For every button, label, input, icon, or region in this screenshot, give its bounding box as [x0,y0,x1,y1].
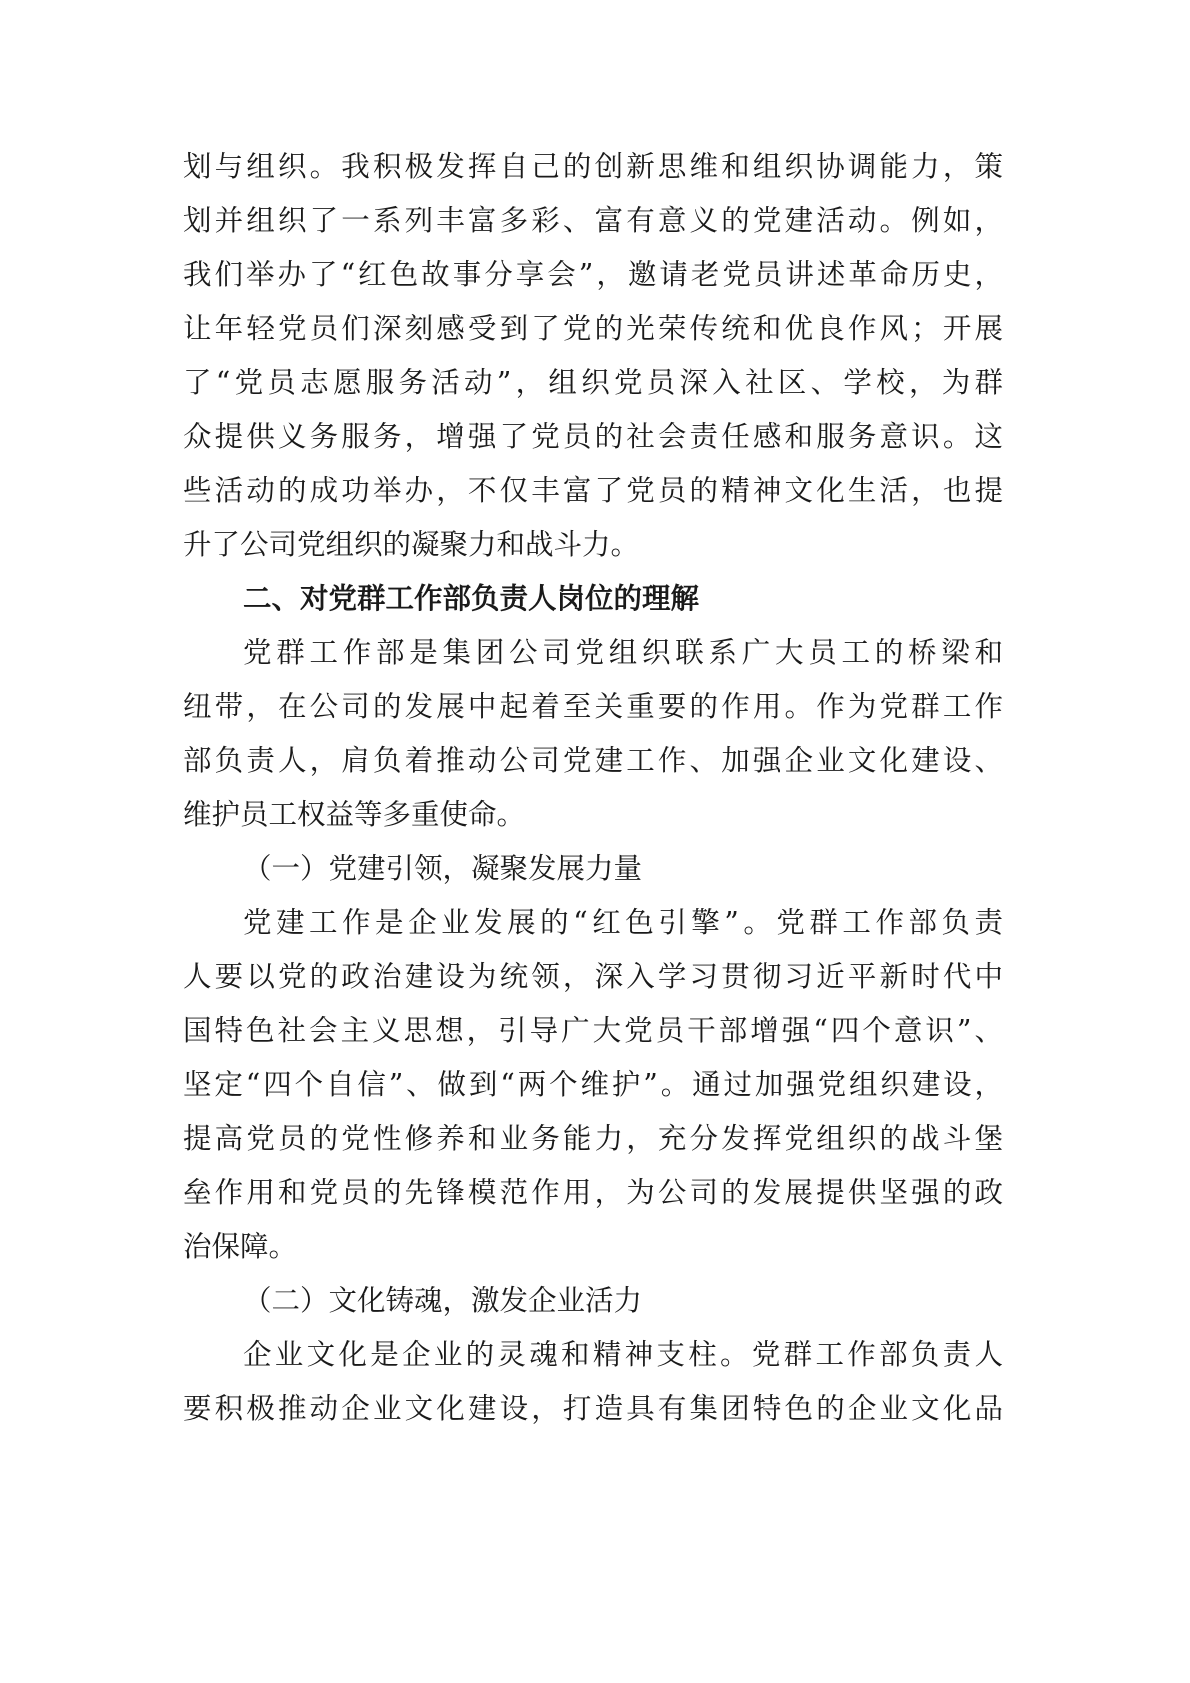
paragraph-line: 坚定“四个自信”、做到“两个维护”。通过加强党组织建设， [183,1065,1003,1105]
paragraph-line: 升了公司党组织的凝聚力和战斗力。 [183,525,1003,565]
paragraph-line: 纽带，在公司的发展中起着至关重要的作用。作为党群工作 [183,687,1003,727]
paragraph-line: 治保障。 [183,1227,1003,1267]
subheading: （一）党建引领，凝聚发展力量 [243,849,642,889]
paragraph-line: 企业文化是企业的灵魂和精神支柱。党群工作部负责人 [243,1335,1003,1375]
paragraph-line: 党建工作是企业发展的“红色引擎”。党群工作部负责 [243,903,1003,943]
paragraph-line: 提高党员的党性修养和业务能力，充分发挥党组织的战斗堡 [183,1119,1003,1159]
paragraph-line: 维护员工权益等多重使命。 [183,795,1003,835]
paragraph-line: 了“党员志愿服务活动”，组织党员深入社区、学校，为群 [183,363,1003,403]
paragraph-line: 部负责人，肩负着推动公司党建工作、加强企业文化建设、 [183,741,1003,781]
paragraph-line: 垒作用和党员的先锋模范作用，为公司的发展提供坚强的政 [183,1173,1003,1213]
paragraph-line: 人要以党的政治建设为统领，深入学习贯彻习近平新时代中 [183,957,1003,997]
paragraph-line: 党群工作部是集团公司党组织联系广大员工的桥梁和 [243,633,1003,673]
section-heading: 二、对党群工作部负责人岗位的理解 [243,579,699,619]
subheading: （二）文化铸魂，激发企业活力 [243,1281,642,1321]
paragraph-line: 让年轻党员们深刻感受到了党的光荣传统和优良作风；开展 [183,309,1003,349]
paragraph-line: 国特色社会主义思想，引导广大党员干部增强“四个意识”、 [183,1011,1003,1051]
paragraph-line: 划与组织。我积极发挥自己的创新思维和组织协调能力，策 [183,147,1003,187]
paragraph-line: 些活动的成功举办，不仅丰富了党员的精神文化生活，也提 [183,471,1003,511]
document-page: 划与组织。我积极发挥自己的创新思维和组织协调能力，策 划并组织了一系列丰富多彩、… [0,0,1190,1683]
paragraph-line: 我们举办了“红色故事分享会”，邀请老党员讲述革命历史， [183,255,1003,295]
paragraph-line: 要积极推动企业文化建设，打造具有集团特色的企业文化品 [183,1389,1003,1429]
paragraph-line: 划并组织了一系列丰富多彩、富有意义的党建活动。例如， [183,201,1003,241]
paragraph-line: 众提供义务服务，增强了党员的社会责任感和服务意识。这 [183,417,1003,457]
